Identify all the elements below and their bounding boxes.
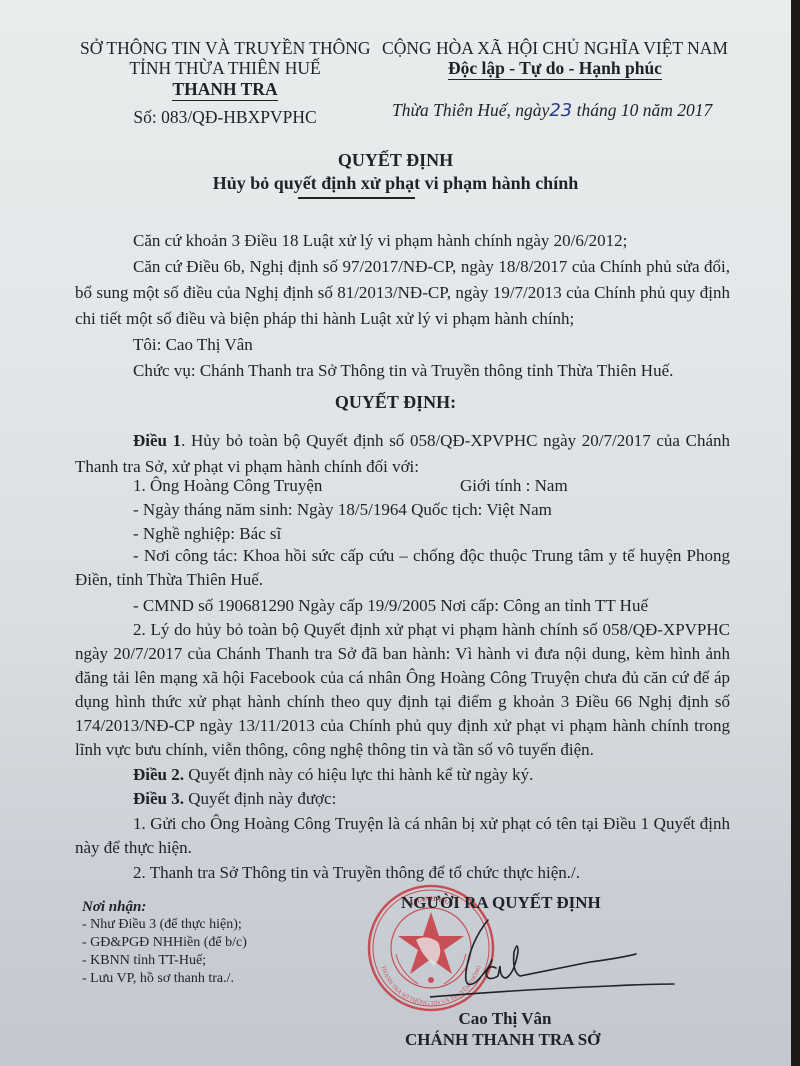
document-number: Số: 083/QĐ-HBXPVPHC [80, 107, 370, 127]
place-date: Thừa Thiên Huế, ngày23 tháng 10 năm 2017 [392, 100, 712, 121]
person-workplace: - Nơi công tác: Khoa hồi sức cấp cứu – c… [75, 544, 730, 592]
person-id-card: - CMND số 190681290 Ngày cấp 19/9/2005 N… [133, 596, 648, 616]
agency-line-2: TỈNH THỪA THIÊN HUẾ [80, 58, 370, 78]
article-3-label: Điều 3. [133, 789, 184, 808]
recipient-item: - KBNN tỉnh TT-Huế; [82, 952, 247, 970]
national-motto: Độc lập - Tự do - Hạnh phúc [448, 58, 662, 80]
agency-line-3: THANH TRA [80, 79, 370, 99]
article-2: Điều 2. Quyết định này có hiệu lực thi h… [75, 762, 730, 788]
document-title: QUYẾT ĐỊNH [0, 150, 791, 171]
cancellation-reason: 2. Lý do hủy bỏ toàn bộ Quyết định xử ph… [75, 618, 730, 762]
signer-title: CHÁNH THANH TRA SỞ [405, 1030, 600, 1050]
motto-wrap: Độc lập - Tự do - Hạnh phúc [380, 58, 730, 78]
signer-position-line: Chức vụ: Chánh Thanh tra Sở Thông tin và… [75, 358, 730, 384]
person-name: 1. Ông Hoàng Công Truyện [133, 476, 322, 496]
title-underline [298, 197, 415, 199]
issuing-agency-block: SỞ THÔNG TIN VÀ TRUYỀN THÔNG TỈNH THỪA T… [80, 38, 370, 127]
recipient-item: - GĐ&PGĐ NHHiền (để b/c) [82, 934, 247, 952]
signer-role-heading: NGƯỜI RA QUYẾT ĐỊNH [401, 893, 601, 913]
article-3-item-2: 2. Thanh tra Sở Thông tin và Truyền thôn… [75, 860, 730, 886]
document-page: SỞ THÔNG TIN VÀ TRUYỀN THÔNG TỈNH THỪA T… [0, 0, 791, 1066]
national-motto-block: CỘNG HÒA XÃ HỘI CHỦ NGHĨA VIỆT NAM Độc l… [380, 38, 730, 78]
recipient-item: - Như Điều 3 (để thực hiện); [82, 916, 247, 934]
signer-name: Cao Thị Vân [420, 1009, 590, 1029]
agency-line-1: SỞ THÔNG TIN VÀ TRUYỀN THÔNG [80, 38, 370, 58]
recipient-item: - Lưu VP, hồ sơ thanh tra./. [82, 970, 247, 988]
article-1: Điều 1. Hủy bỏ toàn bộ Quyết định số 058… [75, 428, 730, 480]
recipients-heading: Nơi nhận: [82, 898, 247, 916]
legal-basis-1: Căn cứ khoản 3 Điều 18 Luật xử lý vi phạ… [75, 228, 730, 254]
national-title: CỘNG HÒA XÃ HỘI CHỦ NGHĨA VIỆT NAM [380, 38, 730, 58]
article-2-label: Điều 2. [133, 765, 184, 784]
document-subtitle: Hủy bỏ quyết định xử phạt vi phạm hành c… [0, 173, 791, 194]
recipients-block: Nơi nhận: - Như Điều 3 (để thực hiện); -… [82, 898, 247, 988]
handwritten-signature-icon [430, 912, 690, 1002]
article-1-label: Điều 1 [133, 431, 181, 450]
person-dob-nationality: - Ngày tháng năm sinh: Ngày 18/5/1964 Qu… [133, 500, 552, 520]
article-3: Điều 3. Quyết định này được: [75, 786, 730, 812]
person-gender: Giới tính : Nam [460, 476, 568, 496]
person-occupation: - Nghề nghiệp: Bác sĩ [133, 524, 281, 544]
handwritten-day: 23 [549, 100, 572, 121]
decision-heading: QUYẾT ĐỊNH: [0, 392, 791, 413]
legal-basis-2: Căn cứ Điều 6b, Nghị định số 97/2017/NĐ-… [75, 254, 730, 332]
signer-name-line: Tôi: Cao Thị Vân [75, 332, 730, 358]
article-3-item-1: 1. Gửi cho Ông Hoàng Công Truyện là cá n… [75, 812, 730, 860]
